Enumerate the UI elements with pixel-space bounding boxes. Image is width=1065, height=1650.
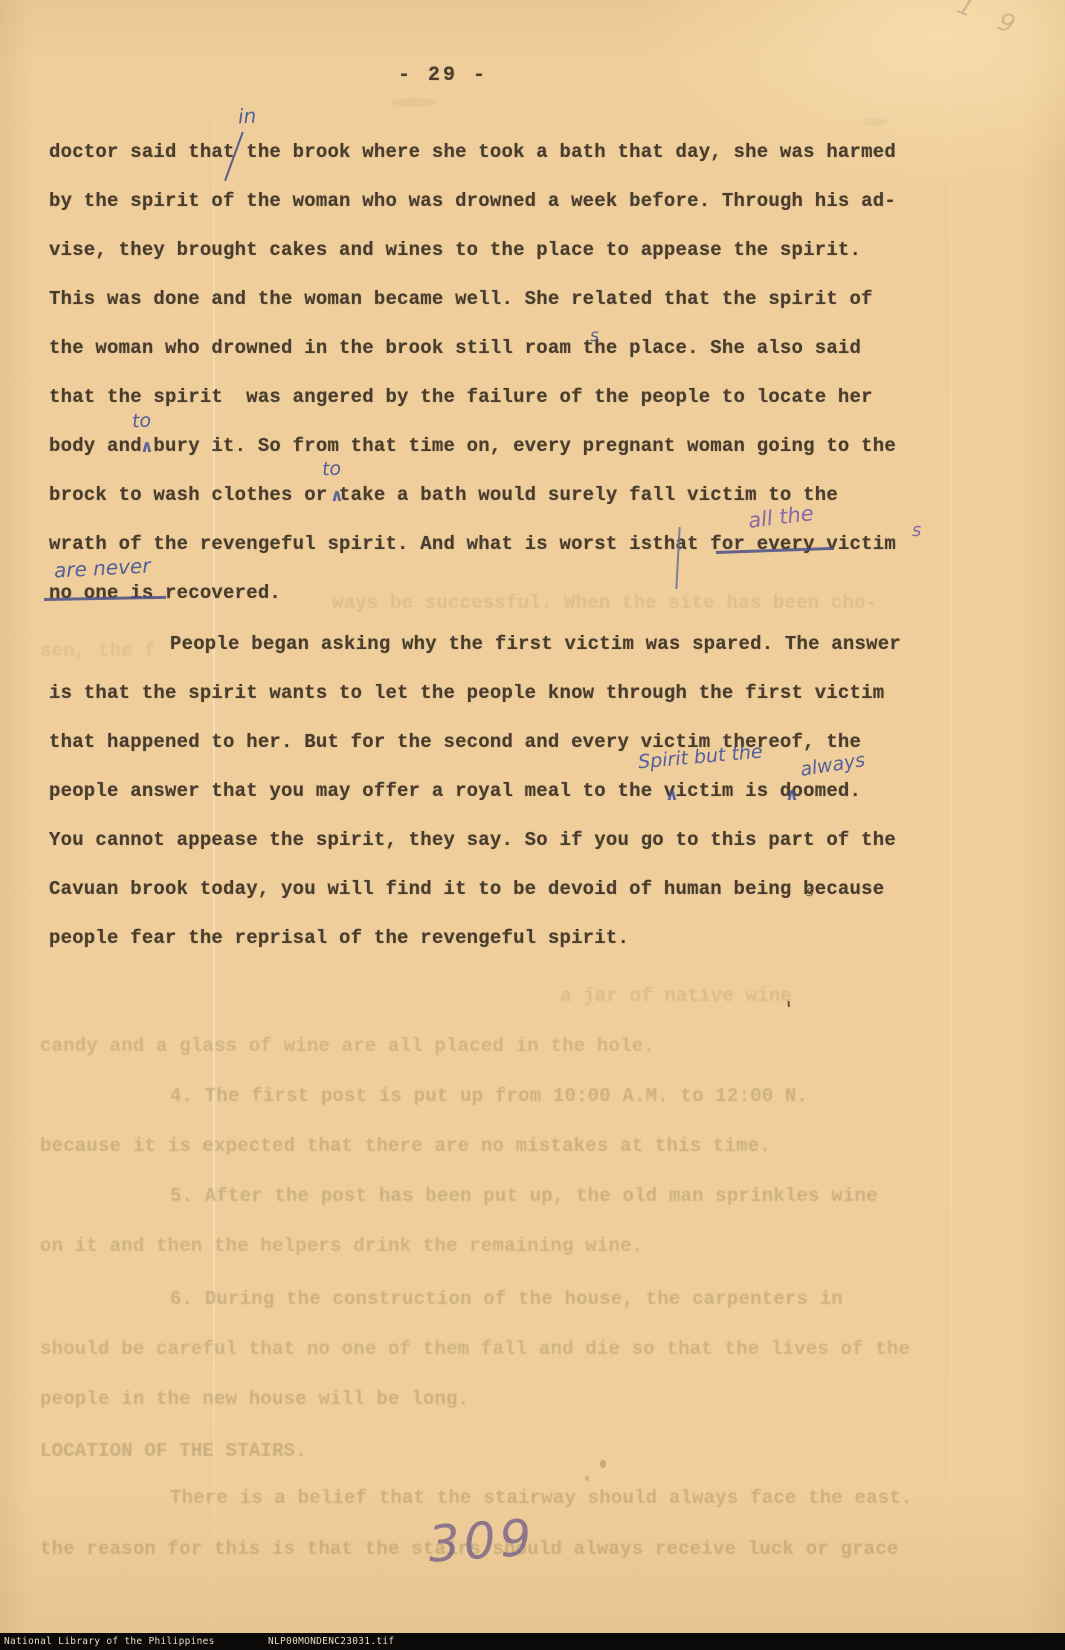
typed-line: that the spirit was angered by the failu…	[49, 386, 873, 408]
typed-line: People began asking why the first victim…	[170, 633, 901, 655]
typed-line: people answer that you may offer a royal…	[49, 780, 861, 802]
paper-crease	[950, 0, 952, 1650]
insertion-caret: ∧	[140, 437, 154, 457]
typed-line: no one is recovered.	[49, 582, 281, 604]
bleed-through-line: candy and a glass of wine are all placed…	[40, 1035, 655, 1057]
handwritten-annotation: in	[237, 104, 256, 129]
digitization-footer-bar: National Library of the Philippines NLP0…	[0, 1633, 1065, 1650]
insertion-caret: ∧	[785, 785, 799, 805]
bleed-through-line: ways be successful. When the site has be…	[332, 592, 877, 614]
paper-speck	[862, 118, 888, 126]
typed-line: vise, they brought cakes and wines to th…	[49, 239, 861, 261]
typed-line: is that the spirit wants to let the peop…	[49, 682, 884, 704]
bleed-through-line: on it and then the helpers drink the rem…	[40, 1235, 643, 1257]
typed-line: people fear the reprisal of the revengef…	[49, 927, 629, 949]
bleed-through-line: people in the new house will be long.	[40, 1388, 469, 1410]
handwritten-annotation: s	[911, 520, 921, 541]
bleed-through-line: 6. During the construction of the house,…	[170, 1288, 843, 1310]
bleed-through-line: because it is expected that there are no…	[40, 1135, 771, 1157]
insertion-caret: ∧	[330, 486, 344, 506]
page-number: - 29 -	[398, 64, 488, 87]
corner-pencil-mark: 1 9	[953, 0, 1029, 43]
typed-line: body and bury it. So from that time on, …	[49, 435, 896, 457]
bleed-through-line: a jar of native wine	[560, 985, 792, 1007]
typed-line: brock to wash clothes or take a bath wou…	[49, 484, 838, 506]
typed-line: Cavuan brook today, you will find it to …	[49, 878, 884, 900]
handwritten-annotation: s	[806, 882, 815, 900]
footer-library-name: National Library of the Philippines	[4, 1636, 215, 1647]
typed-line: doctor said that the brook where she too…	[49, 141, 896, 163]
handwritten-annotation: to	[321, 458, 341, 481]
typed-line: This was done and the woman became well.…	[49, 288, 873, 310]
scanned-document-page: - 29 - 1 9 ways be successful. When the …	[0, 0, 1065, 1650]
paper-speck	[600, 1460, 606, 1468]
insertion-caret: ∧	[665, 785, 679, 805]
handwritten-page-number: 309	[426, 1508, 537, 1573]
bleed-through-line: 5. After the post has been put up, the o…	[170, 1185, 878, 1207]
handwritten-annotation: always	[799, 749, 867, 781]
typed-line: You cannot appease the spirit, they say.…	[49, 829, 896, 851]
typed-line: by the spirit of the woman who was drown…	[49, 190, 896, 212]
footer-filename: NLP00MONDENC23031.tif	[268, 1636, 394, 1647]
bleed-through-line: sen, the f	[40, 640, 156, 662]
bleed-through-line: LOCATION OF THE STAIRS.	[40, 1440, 307, 1462]
handwritten-annotation: to	[131, 410, 151, 433]
bleed-through-line: There is a belief that the stairway shou…	[170, 1487, 913, 1509]
handwritten-annotation: s	[589, 326, 599, 346]
handwritten-annotation: '	[785, 998, 792, 1023]
paper-speck	[392, 98, 437, 107]
bleed-through-line: should be careful that no one of them fa…	[40, 1338, 910, 1360]
bleed-through-line: 4. The first post is put up from 10:00 A…	[170, 1085, 808, 1107]
handwritten-annotation: are never	[53, 553, 151, 582]
typed-line: the woman who drowned in the brook still…	[49, 337, 861, 359]
paper-speck	[585, 1476, 589, 1481]
